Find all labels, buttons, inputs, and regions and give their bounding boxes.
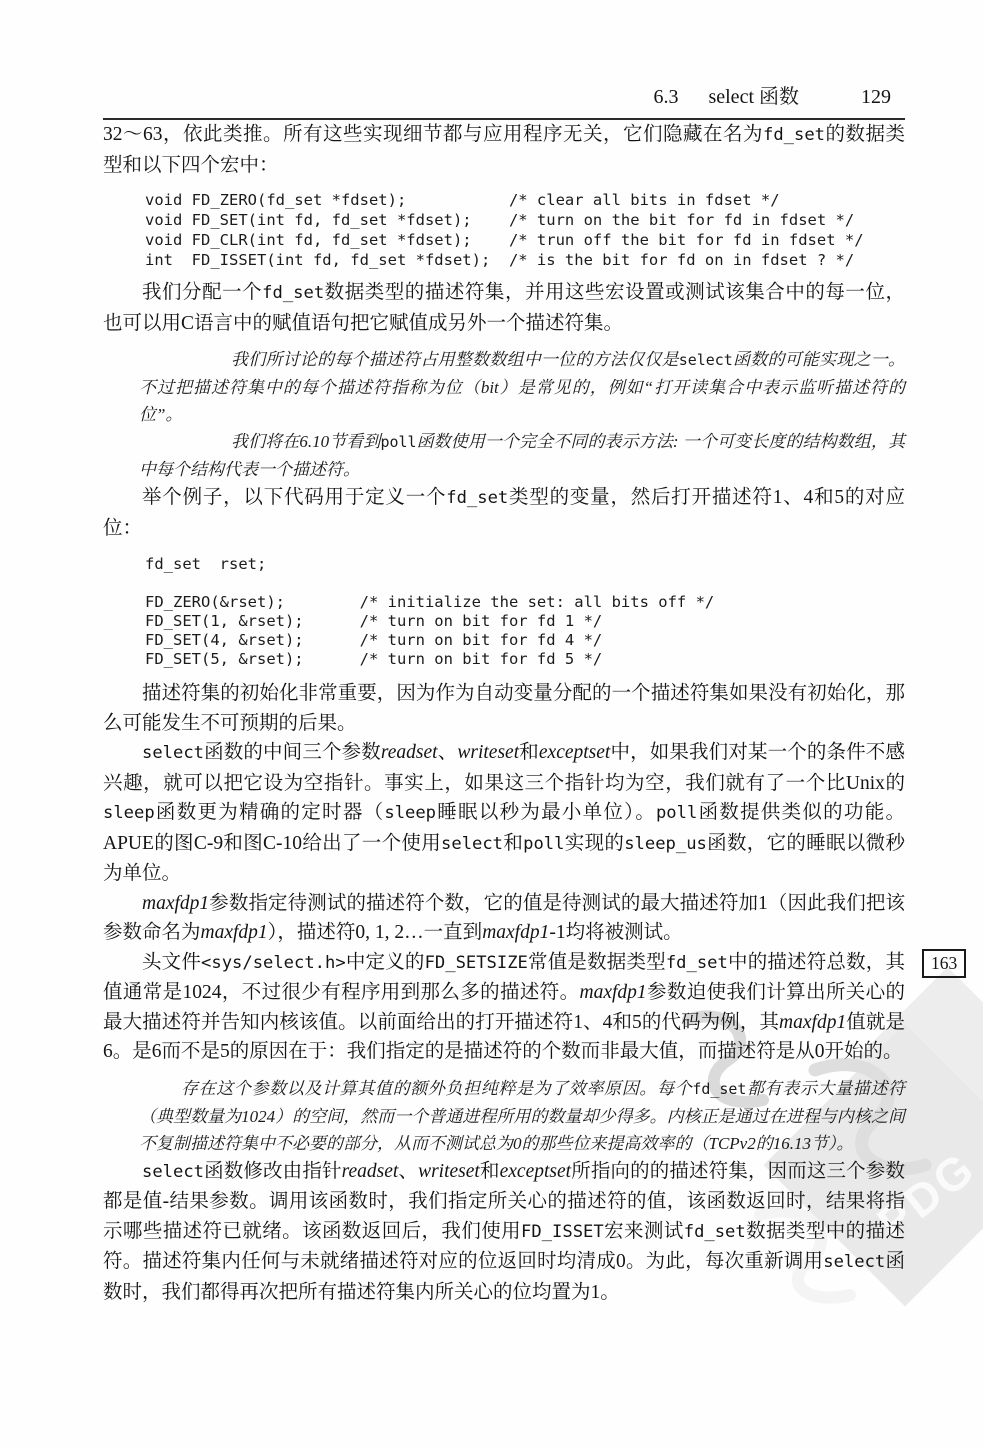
note-paragraph-efficiency: 存在这个参数以及计算其值的额外负担纯粹是为了效率原因。每个fd_set都有表示大… (139, 1075, 905, 1157)
page-content: 6.3 select 函数 129 32～63，依此类推。所有这些实现细节都与应… (103, 84, 905, 1307)
code-block-rset-example: fd_set rset; FD_ZERO(&rset); /* initiali… (145, 555, 905, 669)
paragraph-example-intro: 举个例子，以下代码用于定义一个fd_set类型的变量，然后打开描述符1、4和5的… (103, 483, 905, 543)
note-paragraph-bit-representation: 我们所讨论的每个描述符占用整数数组中一位的方法仅仅是select函数的可能实现之… (139, 346, 905, 428)
code-block-fd-macros: void FD_ZERO(fd_set *fdset); /* clear al… (145, 190, 905, 270)
header-page-number: 129 (861, 84, 891, 110)
note-block-efficiency: 存在这个参数以及计算其值的额外负担纯粹是为了效率原因。每个fd_set都有表示大… (139, 1075, 905, 1157)
note-block-implementation: 我们所讨论的每个描述符占用整数数组中一位的方法仅仅是select函数的可能实现之… (139, 346, 905, 483)
paragraph-fd-setsize: 头文件<sys/select.h>中定义的FD_SETSIZE常值是数据类型fd… (103, 948, 905, 1067)
paragraph-init-importance: 描述符集的初始化非常重要，因为作为自动变量分配的一个描述符集如果没有初始化，那么… (103, 679, 905, 738)
header-section-title: select 函数 (708, 84, 799, 110)
paragraph-fdset-macros-intro: 32～63，依此类推。所有这些实现细节都与应用程序无关，它们隐藏在名为fd_se… (103, 120, 905, 180)
book-page: PDG 163 6.3 select 函数 129 32～63，依此类推。所有这… (0, 0, 983, 1447)
paragraph-value-result: select函数修改由指针readset、writeset和exceptset所… (103, 1157, 905, 1308)
margin-page-ref-box: 163 (922, 949, 966, 978)
paragraph-middle-args: select函数的中间三个参数readset、writeset和exceptse… (103, 738, 905, 889)
note-paragraph-poll-representation: 我们将在6.10节看到poll函数使用一个完全不同的表示方法: 一个可变长度的结… (139, 428, 905, 483)
paragraph-allocate-fdset: 我们分配一个fd_set数据类型的描述符集，并用这些宏设置或测试该集合中的每一位… (103, 278, 905, 338)
running-header: 6.3 select 函数 129 (103, 84, 905, 110)
paragraph-maxfdp1: maxfdp1参数指定待测试的描述符个数，它的值是待测试的最大描述符加1（因此我… (103, 889, 905, 948)
header-section-number: 6.3 (653, 84, 678, 110)
